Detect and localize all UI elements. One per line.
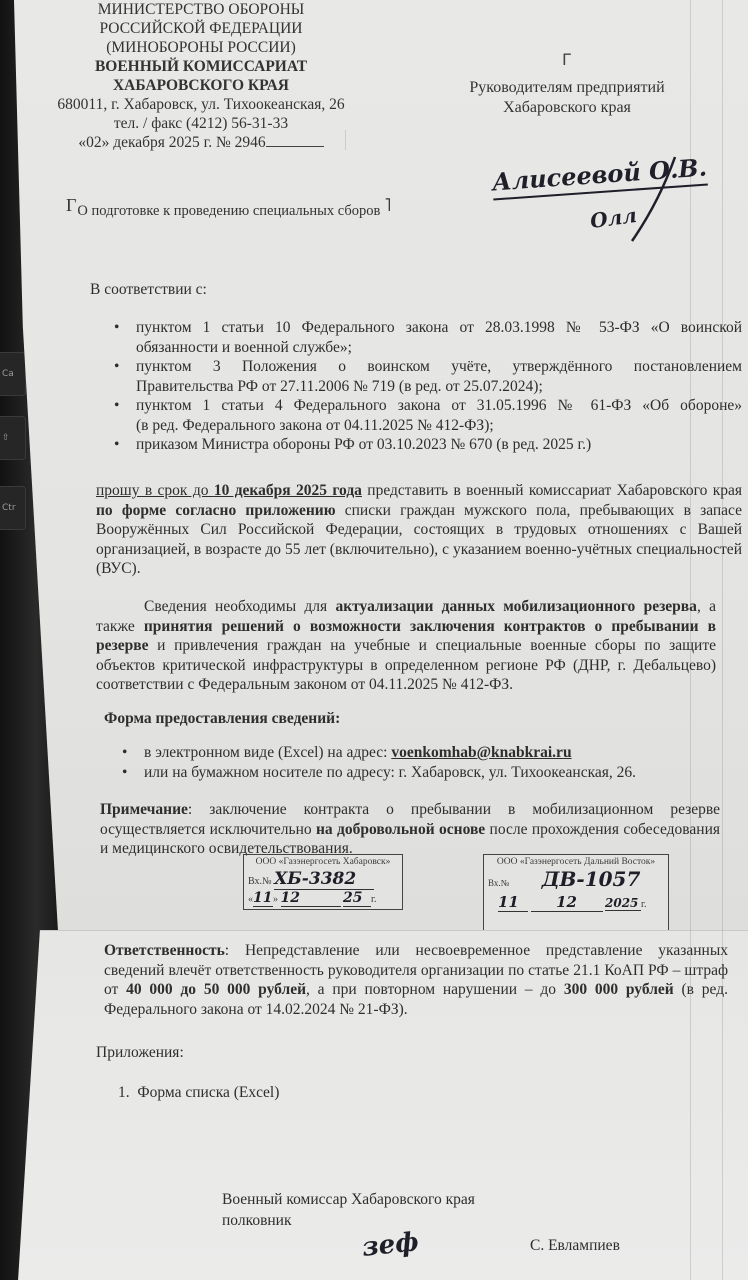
stamp-number: ХБ-3382	[274, 869, 374, 890]
legal-basis-item: • приказом Министра обороны РФ от 03.10.…	[136, 435, 742, 455]
request-form-reference: по форме согласно приложению	[96, 502, 336, 519]
bullet-icon: •	[114, 357, 119, 377]
copier-streak	[722, 0, 723, 1280]
signature-stroke-icon	[620, 155, 680, 245]
bullet-icon: •	[114, 435, 119, 455]
request-intro: прошу в срок до	[96, 482, 214, 499]
registration-line	[266, 134, 324, 147]
bullet-icon: •	[114, 396, 119, 416]
bullet-icon: •	[114, 318, 119, 338]
subject-bracket-left: Г	[66, 195, 76, 215]
letter-subject: ГО подготовке к проведению специальных с…	[66, 195, 391, 220]
stamp-number-row: Вх.№ ХБ-3382	[248, 869, 398, 890]
purpose-highlight: актуализации данных мобилизационного рез…	[335, 598, 696, 615]
letter-date-number: «02» декабря 2025 г. № 2946	[56, 133, 346, 152]
sender-header: МИНИСТЕРСТВО ОБОРОНЫ РОССИЙСКОЙ ФЕДЕРАЦИ…	[56, 0, 346, 152]
sender-phone: тел. / факс (4212) 56-31-33	[56, 114, 346, 133]
liability-paragraph: Ответственность: Непредставление или нес…	[104, 941, 728, 1019]
legal-basis-list: • пунктом 1 статьи 10 Федерального закон…	[136, 318, 742, 455]
purpose-paragraph: Сведения необходимы для актуализации дан…	[96, 597, 716, 695]
legal-basis-item: • пунктом 1 статьи 10 Федерального закон…	[136, 318, 742, 357]
corner-mark: Г	[562, 50, 572, 70]
ctrl-key: Ctr	[0, 486, 26, 530]
recipient-line: Руководителям предприятий	[452, 78, 682, 98]
sender-line: (МИНОБОРОНЫ РОССИИ)	[56, 38, 346, 57]
legal-basis-item: • пунктом 1 статьи 4 Федерального закона…	[136, 396, 742, 435]
sender-line: МИНИСТЕРСТВО ОБОРОНЫ	[56, 0, 346, 19]
recipient-line: Хабаровского края	[452, 98, 682, 118]
note-paragraph: Примечание: заключение контракта о пребы…	[100, 800, 720, 859]
sender-org: ВОЕННЫЙ КОМИССАРИАТ	[56, 57, 346, 76]
submission-methods-list: • в электронном виде (Excel) на адрес: v…	[144, 743, 704, 782]
legal-basis-item: • пунктом 3 Положения о воинском учёте, …	[136, 357, 742, 396]
stamp-date-row: 11 12 2025г.	[488, 893, 664, 912]
email-link[interactable]: voenkomhab@knabkrai.ru	[391, 744, 571, 761]
subject-text: О подготовке к проведению специальных сб…	[77, 203, 380, 219]
attachments-title: Приложения:	[96, 1043, 184, 1063]
liability-label: Ответственность	[104, 942, 225, 959]
fine-amount-repeat: 300 000 рублей	[564, 981, 674, 998]
bullet-icon: •	[122, 743, 127, 763]
shift-key: ⇧	[0, 416, 26, 460]
subject-bracket-right: ˥	[384, 195, 391, 215]
stamp-org: ООО «Газэнергосеть Хабаровск»	[248, 857, 398, 867]
recipient-block: Г Руководителям предприятий Хабаровского…	[452, 78, 682, 118]
signatory-name: С. Евлампиев	[530, 1236, 620, 1256]
stamp-number: ДВ-1057	[542, 867, 641, 891]
request-deadline: 10 декабря 2025 года	[214, 482, 362, 499]
note-label: Примечание	[100, 801, 188, 818]
submission-title: Форма предоставления сведений:	[104, 709, 340, 729]
incoming-stamp: ООО «Газэнергосеть Хабаровск» Вх.№ ХБ-33…	[243, 854, 403, 910]
intro-line: В соответствии с:	[90, 280, 207, 300]
handwritten-signature: зеф	[361, 1227, 420, 1263]
stamp-org: ООО «Газэнергосеть Дальний Восток»	[488, 857, 664, 867]
sender-line: РОССИЙСКОЙ ФЕДЕРАЦИИ	[56, 19, 346, 38]
caps-lock-key: Ca	[0, 352, 26, 396]
request-paragraph: прошу в срок до 10 декабря 2025 года пре…	[96, 481, 742, 579]
incoming-stamp: ООО «Газэнергосеть Дальний Восток» Вх.№ …	[483, 854, 669, 930]
submission-method-paper: • или на бумажном носителе по адресу: г.…	[144, 763, 704, 783]
note-emphasis: на добровольной основе	[316, 821, 485, 838]
fine-amount: 40 000 до 50 000 рублей	[126, 981, 306, 998]
stamp-date-row: «11» 12 25г.	[248, 890, 398, 907]
bullet-icon: •	[122, 763, 127, 783]
signatory-rank: полковник	[222, 1211, 292, 1231]
submission-method-electronic: • в электронном виде (Excel) на адрес: v…	[144, 743, 704, 763]
stamp-number-row: Вх.№ ДВ-1057	[488, 867, 664, 891]
sender-org-region: ХАБАРОВСКОГО КРАЯ	[56, 76, 346, 95]
attachment-item: 1. Форма списка (Excel)	[118, 1083, 279, 1103]
signatory-position: Военный комиссар Хабаровского края	[222, 1190, 475, 1210]
date-number-text: «02» декабря 2025 г. № 2946	[78, 134, 265, 151]
sender-address: 680011, г. Хабаровск, ул. Тихоокеанская,…	[56, 95, 346, 114]
